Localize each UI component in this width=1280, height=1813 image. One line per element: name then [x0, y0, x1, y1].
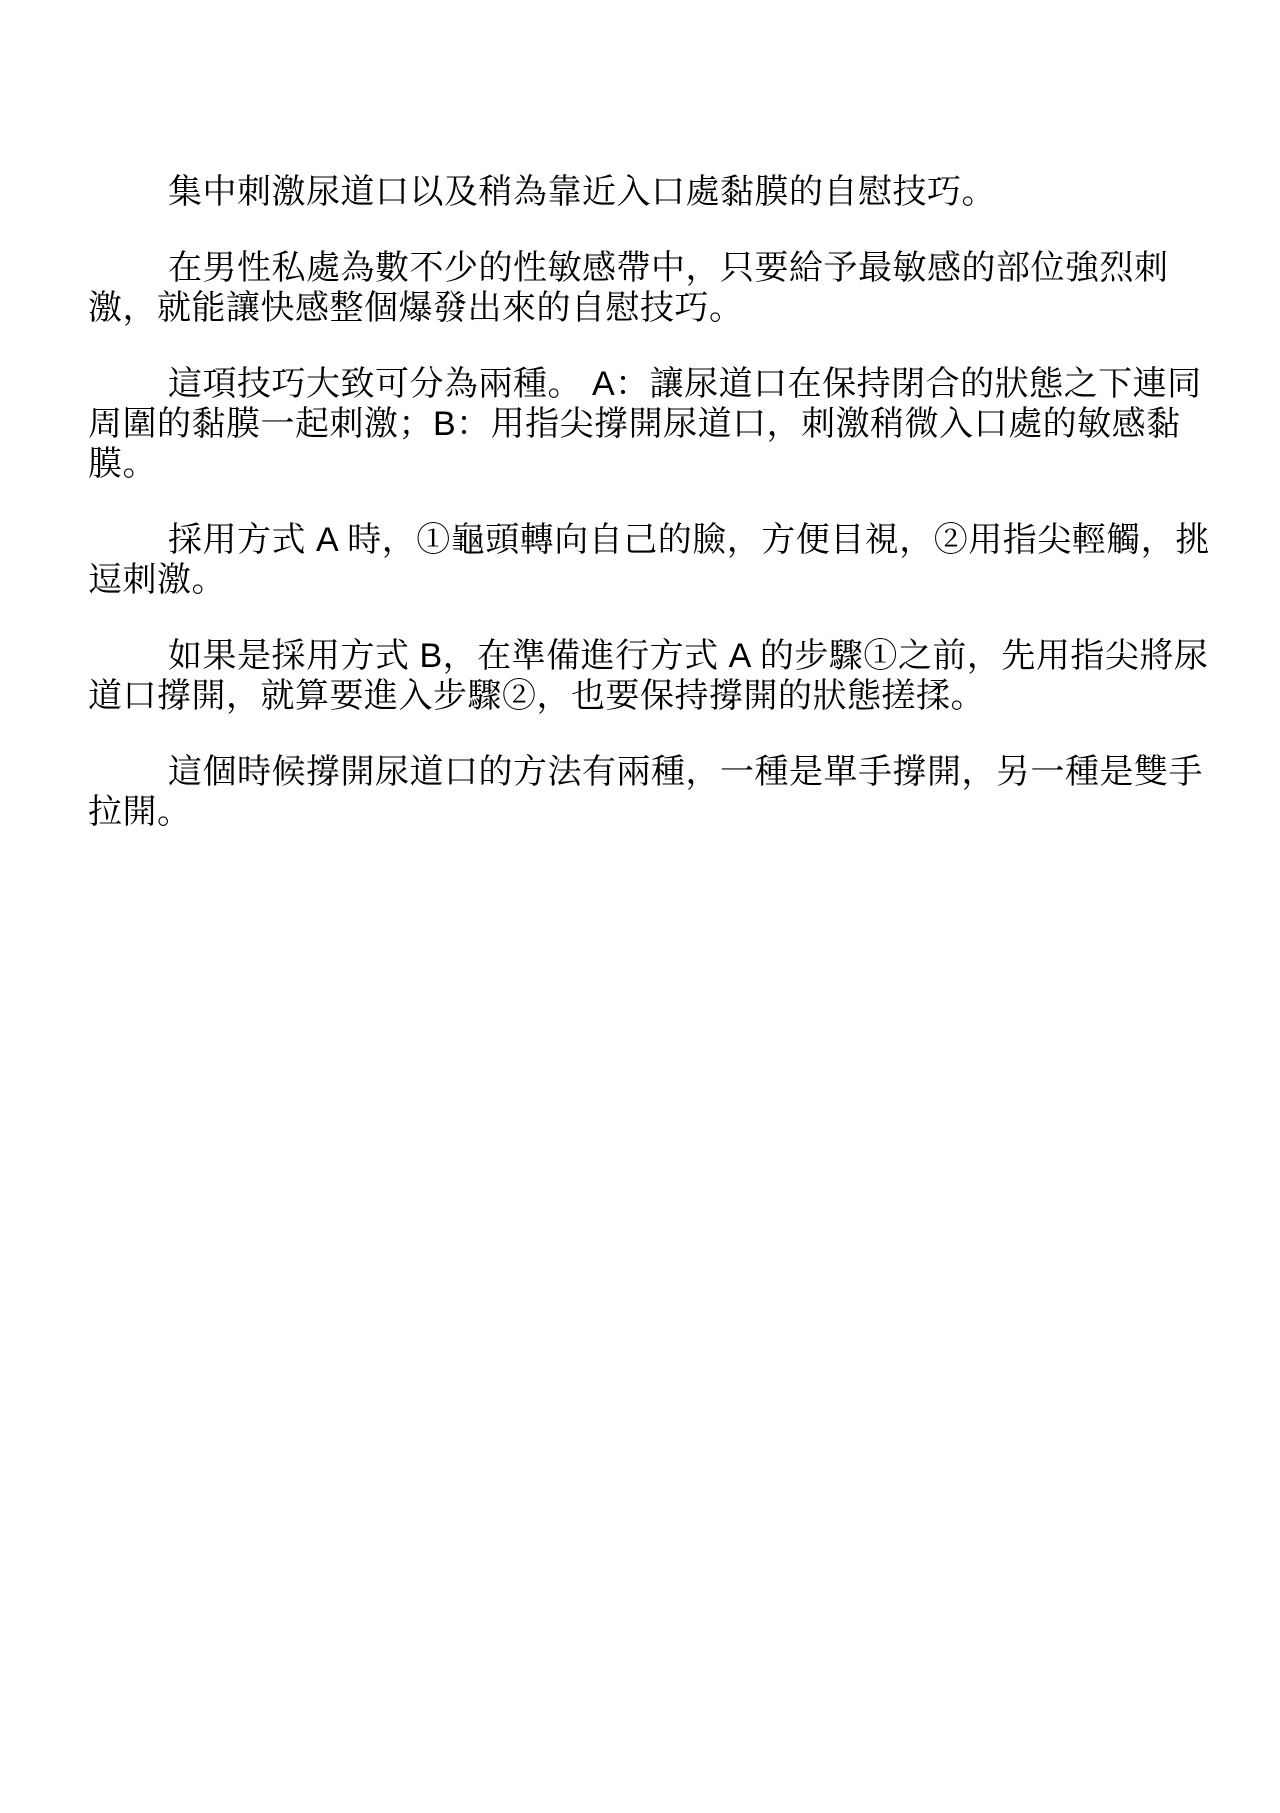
- text-line: 逗刺激。: [88, 560, 1190, 600]
- text-line: 拉開。: [88, 792, 1190, 832]
- paragraph-6: 這個時候撐開尿道口的方法有兩種，一種是單手撐開，另一種是雙手 拉開。: [88, 752, 1190, 832]
- paragraph-2: 在男性私處為數不少的性敏感帶中，只要給予最敏感的部位強烈刺 激，就能讓快感整個爆…: [88, 248, 1190, 328]
- text-line: 周圍的黏膜一起刺激；B：用指尖撐開尿道口，刺激稍微入口處的敏感黏: [88, 404, 1190, 444]
- document-page: 集中刺激尿道口以及稍為靠近入口處黏膜的自慰技巧。 在男性私處為數不少的性敏感帶中…: [0, 0, 1280, 1813]
- paragraph-5: 如果是採用方式 B，在準備進行方式 A 的步驟①之前，先用指尖將尿 道口撐開，就…: [88, 636, 1190, 716]
- text-line: 在男性私處為數不少的性敏感帶中，只要給予最敏感的部位強烈刺: [88, 248, 1190, 288]
- text-line: 這個時候撐開尿道口的方法有兩種，一種是單手撐開，另一種是雙手: [88, 752, 1190, 792]
- text-line: 激，就能讓快感整個爆發出來的自慰技巧。: [88, 288, 1190, 328]
- text-content: 集中刺激尿道口以及稍為靠近入口處黏膜的自慰技巧。 在男性私處為數不少的性敏感帶中…: [88, 0, 1190, 832]
- text-line: 集中刺激尿道口以及稍為靠近入口處黏膜的自慰技巧。: [88, 172, 1190, 212]
- paragraph-1: 集中刺激尿道口以及稍為靠近入口處黏膜的自慰技巧。: [88, 172, 1190, 212]
- text-line: 道口撐開，就算要進入步驟②，也要保持撐開的狀態搓揉。: [88, 676, 1190, 716]
- paragraph-4: 採用方式 A 時，①龜頭轉向自己的臉，方便目視，②用指尖輕觸，挑 逗刺激。: [88, 520, 1190, 600]
- paragraph-3: 這項技巧大致可分為兩種。 A：讓尿道口在保持閉合的狀態之下連同 周圍的黏膜一起刺…: [88, 364, 1190, 484]
- text-line: 採用方式 A 時，①龜頭轉向自己的臉，方便目視，②用指尖輕觸，挑: [88, 520, 1190, 560]
- text-line: 這項技巧大致可分為兩種。 A：讓尿道口在保持閉合的狀態之下連同: [88, 364, 1190, 404]
- text-line: 如果是採用方式 B，在準備進行方式 A 的步驟①之前，先用指尖將尿: [88, 636, 1190, 676]
- text-line: 膜。: [88, 444, 1190, 484]
